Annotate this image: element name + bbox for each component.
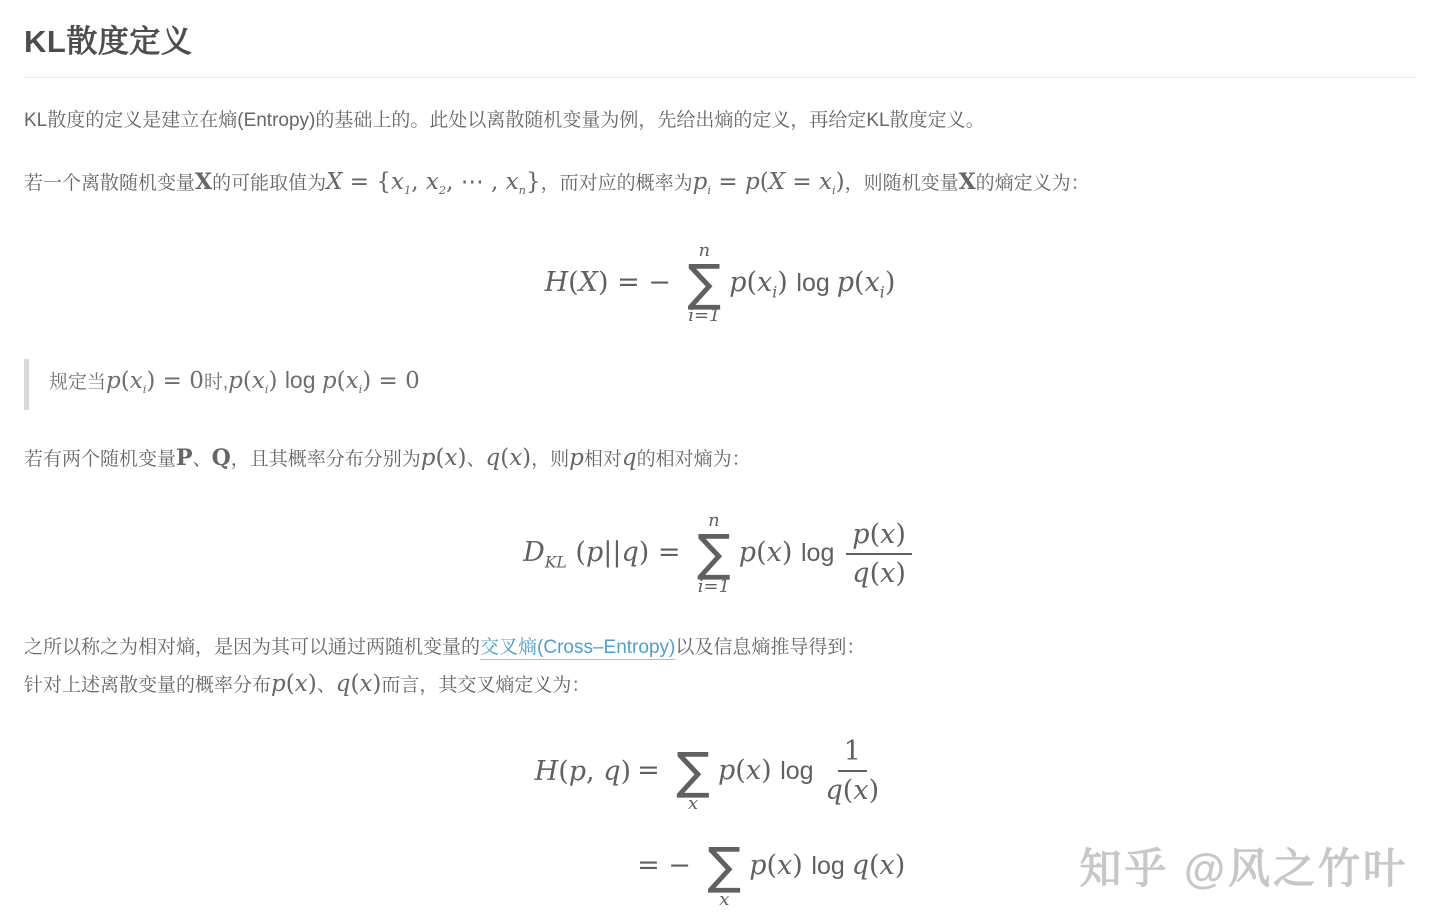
cross-entropy-intro-line1: 之所以称之为相对熵，是因为其可以通过两随机变量的交叉熵(Cross–Entrop… <box>24 637 865 660</box>
math-text: 若有两个随机变量 <box>24 449 176 470</box>
page-title: KL散度定义 <box>24 16 1416 61</box>
math-mo: , <box>411 169 426 195</box>
math-mbold: Q <box>212 445 231 471</box>
math-mo: ) <box>782 537 801 568</box>
math-text: ，且其概率分布分别为 <box>231 449 421 470</box>
sigma-icon: ∑ <box>676 750 710 793</box>
math-mi: x <box>444 445 457 471</box>
math-text: 的相对熵为： <box>637 449 751 470</box>
math-mo: ( <box>869 850 880 881</box>
math-mi: p <box>271 671 286 697</box>
math-mo: ) <box>895 519 906 550</box>
summation-symbol: n∑i=1 <box>687 242 721 326</box>
math-mi: q <box>485 445 500 471</box>
math-mo: ( <box>568 267 579 298</box>
math-mo: ) <box>269 368 285 394</box>
math-text: ，而对应的概率为 <box>541 173 693 194</box>
math-mi: q <box>826 775 843 806</box>
math-mo: ( <box>756 537 767 568</box>
math-mi: x <box>880 558 895 589</box>
math-mo: ( <box>558 756 569 787</box>
math-mo: ) <box>621 756 632 787</box>
math-text: ，则 <box>531 449 569 470</box>
math-mo: ) <box>522 445 531 471</box>
paragraph-relative-entropy-setup: 若有两个随机变量P、Q，且其概率分布分别为p(x)、q(x)，则p相对q的相对熵… <box>24 440 1416 478</box>
math-text: 而言，其交叉熵定义为： <box>381 675 590 696</box>
paragraph-intro: KL散度的定义是建立在熵(Entropy)的基础上的。此处以离散随机变量为例，先… <box>24 103 1416 139</box>
math-text: 、 <box>466 449 485 470</box>
math-mi: p <box>745 169 760 195</box>
math-mi: p <box>569 756 586 787</box>
math-mi: x <box>506 169 519 195</box>
aligned-equations: H(p, q) = ∑xp(x) log 1q(x) = − ∑xp(x) lo… <box>535 730 906 909</box>
math-mi: x <box>757 267 772 298</box>
math-mo: ) <box>869 775 880 806</box>
math-mo: ( <box>854 267 865 298</box>
paragraph-entropy-setup: 若一个离散随机变量X的可能取值为X = {x1, x2, ⋯ , xn}，而对应… <box>24 164 1416 208</box>
math-mo: = { <box>342 169 391 195</box>
cross-entropy-eq-line1-lhs: H(p, q) <box>535 756 637 787</box>
math-mo: ( <box>243 368 252 394</box>
math-msub: KL <box>545 552 567 571</box>
math-mi: X <box>769 169 785 195</box>
math-mi: p <box>729 267 746 298</box>
math-text: 的可能取值为 <box>212 173 326 194</box>
math-msub: n <box>519 183 526 197</box>
math-mtext: log <box>780 756 820 784</box>
math-mo: ( <box>870 519 881 550</box>
math-mo: = <box>785 169 819 195</box>
math-text: 若一个离散随机变量 <box>24 173 195 194</box>
math-mo: 1 <box>844 736 861 767</box>
math-mo: ) <box>777 267 796 298</box>
math-mo: ( <box>500 445 509 471</box>
math-mo: ( <box>843 775 854 806</box>
math-mi: H <box>535 756 559 787</box>
math-mi: x <box>746 754 761 785</box>
math-mo: ) <box>836 169 845 195</box>
math-mo: ) = − <box>598 267 680 298</box>
sigma-icon: ∑ <box>687 262 721 305</box>
math-mo: ( <box>760 169 769 195</box>
math-mi: x <box>880 519 895 550</box>
math-mo: ) <box>792 850 811 881</box>
math-mo: ) <box>895 850 906 881</box>
math-mo: ( <box>567 537 586 568</box>
math-mi: x <box>509 445 522 471</box>
math-mo: ( <box>870 558 881 589</box>
math-mi: p <box>569 445 584 471</box>
math-mi: x <box>295 671 308 697</box>
math-text: 、 <box>193 449 212 470</box>
entropy-formula: H(X) = − n∑i=1p(xi) log p(xi) <box>24 242 1416 326</box>
math-mi: x <box>346 368 359 394</box>
math-mo: ( <box>121 368 130 394</box>
kl-divergence-formula: DKL (p||q) = n∑i=1p(x) log p(x)q(x) <box>24 512 1416 596</box>
math-text: ，则随机变量 <box>845 173 959 194</box>
watermark: 知乎 @风之竹叶 <box>1079 836 1408 896</box>
math-mi: x <box>359 671 372 697</box>
cross-entropy-link[interactable]: 交叉熵(Cross–Entropy) <box>480 637 675 660</box>
math-text: KL散度的定义是建立在熵(Entropy)的基础上的。此处以离散随机变量为例，先… <box>24 110 985 131</box>
math-mi: p <box>852 519 869 550</box>
math-text: 针对上述离散变量的概率分布 <box>24 675 271 696</box>
math-text: 之所以称之为相对熵，是因为其可以通过两随机变量的 <box>24 637 480 658</box>
math-mo: ( <box>337 368 346 394</box>
title-divider <box>24 77 1416 78</box>
math-mi: q <box>621 537 638 568</box>
math-mbold: X <box>959 169 976 195</box>
cross-entropy-eq-line1-rhs: = ∑xp(x) log 1q(x) <box>637 730 905 814</box>
summation-symbol: n∑i=1 <box>697 512 731 596</box>
math-mi: x <box>880 850 895 881</box>
math-mo: = − <box>637 850 699 881</box>
math-mo: || <box>603 537 621 568</box>
article-content: KL散度定义 KL散度的定义是建立在熵(Entropy)的基础上的。此处以离散随… <box>0 0 1440 909</box>
math-mo: ( <box>735 754 746 785</box>
fraction: p(x)q(x) <box>846 519 912 589</box>
math-mi: X <box>326 169 342 195</box>
math-mo: ) <box>308 671 317 697</box>
math-mo: = <box>637 754 668 785</box>
math-mi: q <box>603 756 620 787</box>
math-mi: p <box>749 850 766 881</box>
math-text: 、 <box>317 675 336 696</box>
math-mi: x <box>130 368 143 394</box>
sigma-icon: ∑ <box>707 845 741 888</box>
math-mi: x <box>391 169 404 195</box>
cross-entropy-eq-line2-rhs: = − ∑xp(x) log q(x) <box>637 825 905 909</box>
math-mi: H <box>545 267 569 298</box>
math-mtext: log <box>285 367 322 393</box>
cross-entropy-intro-line2: 针对上述离散变量的概率分布p(x)、q(x)而言，其交叉熵定义为： <box>24 675 590 696</box>
math-mi: x <box>777 850 792 881</box>
math-mi: q <box>852 558 869 589</box>
math-mi: p <box>421 445 436 471</box>
math-mo: ( <box>766 850 777 881</box>
math-text: 时, <box>204 372 228 393</box>
math-mi: q <box>852 850 869 881</box>
math-mi: p <box>586 537 603 568</box>
math-mo: ) <box>895 558 906 589</box>
math-mi: p <box>739 537 756 568</box>
math-mi: x <box>426 169 439 195</box>
math-mi: x <box>865 267 880 298</box>
math-mo: ( <box>286 671 295 697</box>
math-mi: p <box>322 368 337 394</box>
summation-symbol: ∑x <box>707 825 741 909</box>
math-mi: p <box>106 368 121 394</box>
blockquote-note: 规定当p(xi) = 0时,p(xi) log p(xi) = 0 <box>24 359 1416 410</box>
math-mi: p <box>718 754 735 785</box>
fraction: 1q(x) <box>826 736 880 806</box>
math-mbold: X <box>195 169 212 195</box>
sigma-icon: ∑ <box>697 532 731 575</box>
paragraph-cross-entropy-intro: 之所以称之为相对熵，是因为其可以通过两随机变量的交叉熵(Cross–Entrop… <box>24 630 1416 704</box>
math-mtext: log <box>801 539 841 567</box>
math-mi: p <box>837 267 854 298</box>
math-mo: ) = <box>639 537 689 568</box>
math-text: 的熵定义为： <box>976 173 1090 194</box>
math-mo: ) = 0 <box>362 368 420 394</box>
math-mi: q <box>622 445 637 471</box>
math-mi: x <box>819 169 832 195</box>
math-mbold: P <box>176 445 193 471</box>
math-mi: x <box>252 368 265 394</box>
math-mo: ) <box>761 754 780 785</box>
math-text: 以及信息熵推导得到： <box>675 637 865 658</box>
summation-symbol: ∑x <box>676 730 710 814</box>
math-text: 相对 <box>584 449 622 470</box>
math-text: 规定当 <box>49 372 106 393</box>
math-mo: , ⋯ , <box>446 169 506 195</box>
math-mtext: log <box>796 269 836 297</box>
math-mi: q <box>336 671 351 697</box>
math-mi: x <box>853 775 868 806</box>
math-mo: , <box>586 756 603 787</box>
math-mo: ) <box>885 267 896 298</box>
math-mo: ( <box>746 267 757 298</box>
math-mi: x <box>767 537 782 568</box>
math-mi: X <box>579 267 598 298</box>
math-mo: ) = 0 <box>146 368 204 394</box>
math-mo: = <box>711 169 745 195</box>
math-mo: } <box>526 169 541 195</box>
math-mtext: log <box>811 852 851 880</box>
math-mi: p <box>228 368 243 394</box>
math-mi: p <box>693 169 708 195</box>
math-mi: D <box>523 537 545 568</box>
